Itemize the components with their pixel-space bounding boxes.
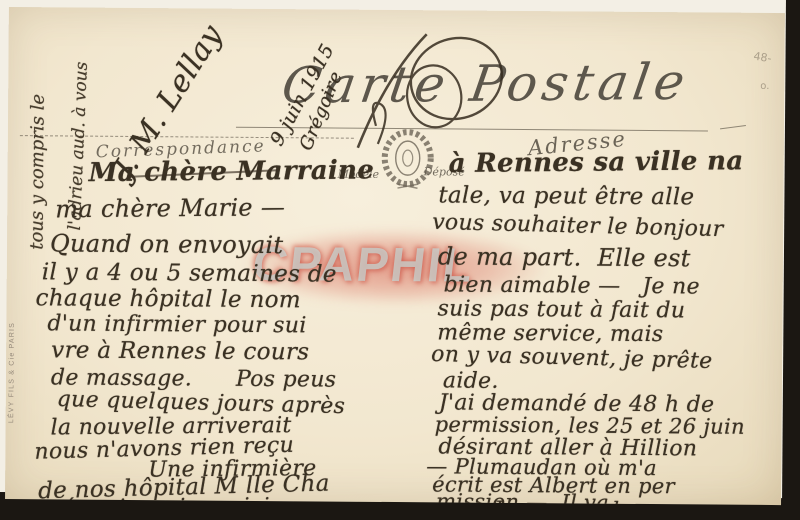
handwriting-line: Je vous embras [494,497,661,505]
handwriting-line: ma chère Marie — [55,193,285,223]
publisher-imprint: LÉVY FILS & Cie PARIS [8,321,16,425]
handwriting-line: chaque hôpital le nom [36,285,301,313]
handwriting-line: de ma part. Elle est [438,242,691,272]
pencil-mark: o. [760,81,769,92]
ink-flourish [338,16,529,157]
handwriting-line: d'un infirmier pour sui [47,311,306,338]
postcard-back: Carte Postale Correspondance Adresse Mod… [5,7,785,505]
title-underline-dash [720,125,746,129]
handwriting-line: bien aimable — Je ne [444,272,700,299]
handwriting-line: suis pas tout à fait du [437,296,685,323]
postcard-photo: Carte Postale Correspondance Adresse Mod… [0,0,800,520]
handwriting-line: tale, va peut être alle [438,182,694,210]
postcard-tilt-group: Carte Postale Correspondance Adresse Mod… [0,0,800,520]
margin-note: tous y compris le [26,78,48,250]
handwriting-line: sé, qui ces jours ici [50,494,270,505]
pencil-mark: 48- [753,50,773,65]
handwriting-line: Quand on envoyait [50,229,284,259]
handwriting-line: à Rennes sa ville na [449,146,744,179]
handwriting-line: vre à Rennes le cours [51,337,309,365]
handwriting-line: il y a 4 ou 5 semaines de [42,259,337,287]
